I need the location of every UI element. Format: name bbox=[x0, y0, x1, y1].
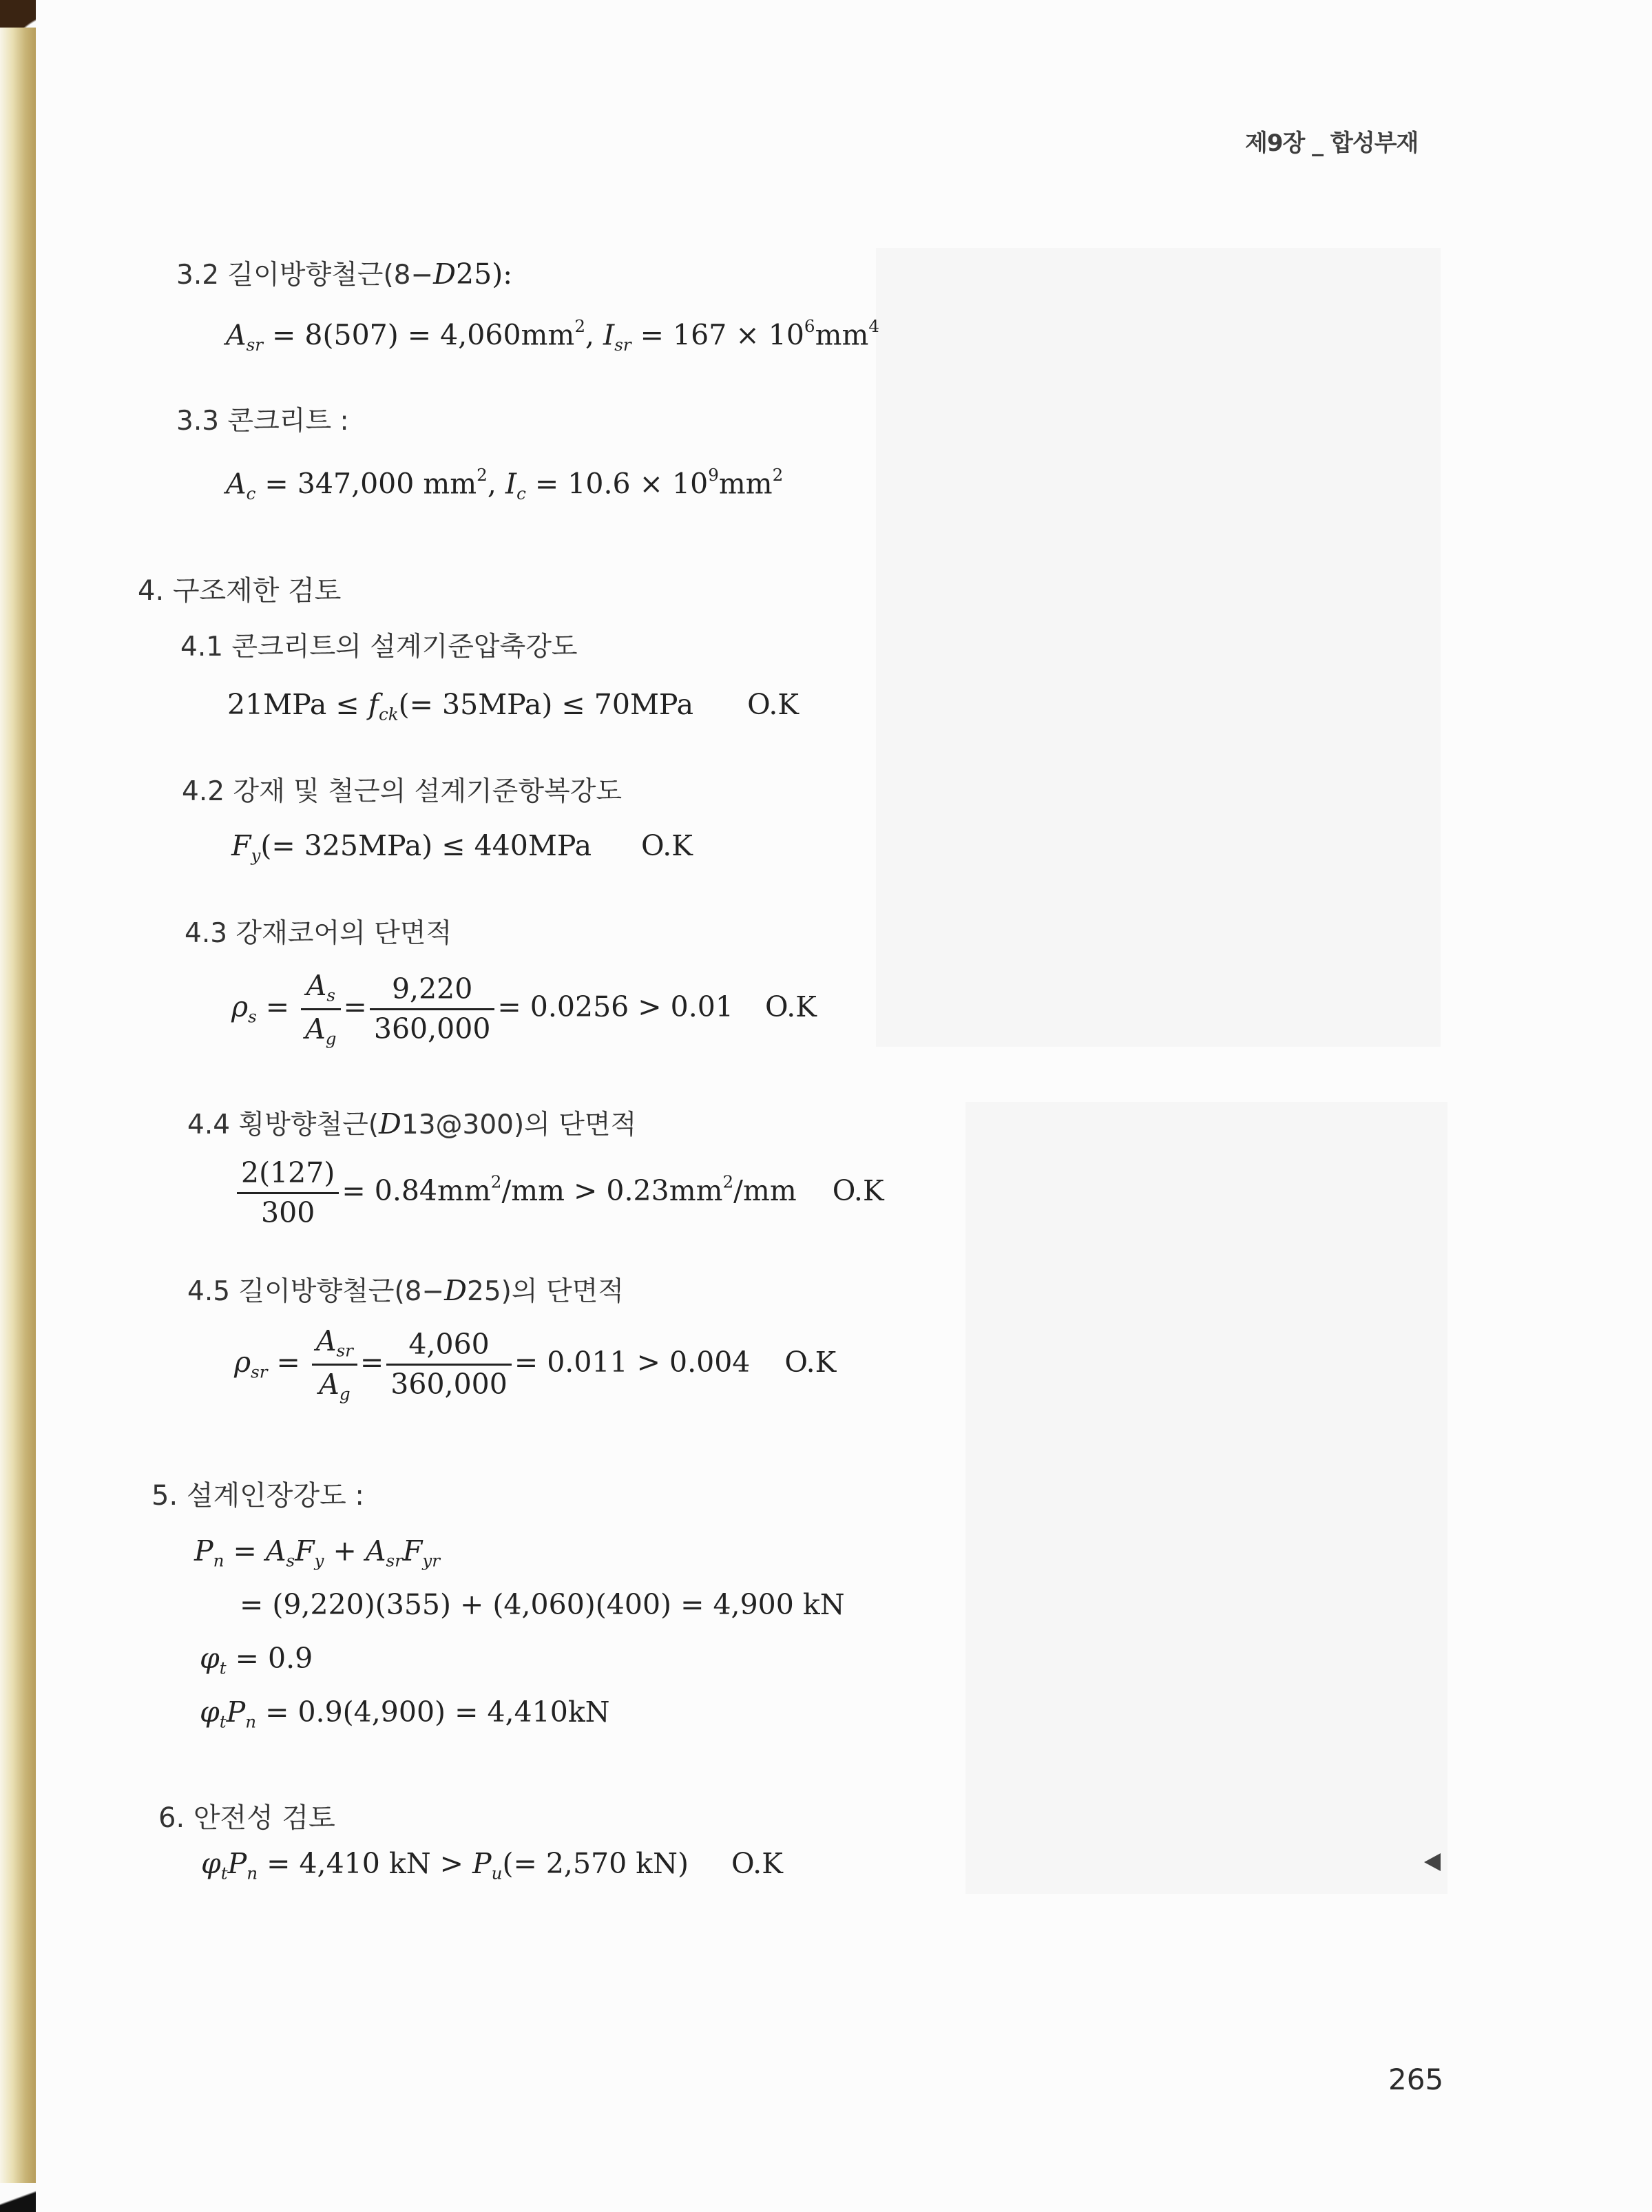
subscript: t bbox=[220, 1712, 227, 1732]
chapter-header: 제9장 _ 합성부재 bbox=[1245, 124, 1418, 158]
section-4-title: 4. 구조제한 검토 bbox=[138, 577, 341, 605]
exponent: 2 bbox=[773, 465, 784, 485]
ok-label: O.K bbox=[765, 993, 817, 1021]
formula-3-2: Asr = 8(507) = 4,060mm2, Isr = 167 × 106… bbox=[226, 318, 879, 354]
var-P: P bbox=[472, 1847, 492, 1880]
fraction: 9,220360,000 bbox=[370, 973, 495, 1045]
var-rho: ρ bbox=[231, 990, 248, 1023]
section-5-title: 5. 설계인장강도 : bbox=[151, 1482, 364, 1510]
var-P: P bbox=[194, 1534, 213, 1567]
subscript: y bbox=[315, 1551, 324, 1571]
title-text: 25): bbox=[456, 258, 512, 291]
denominator: 300 bbox=[237, 1194, 339, 1229]
subscript: t bbox=[221, 1864, 228, 1884]
title-text: 4.5 길이방향철근(8− bbox=[187, 1276, 444, 1307]
subscript: yr bbox=[422, 1551, 440, 1571]
title-var: D bbox=[379, 1107, 401, 1140]
var-A: A bbox=[266, 1534, 286, 1567]
subscript: n bbox=[247, 1864, 258, 1884]
section-4-4-title: 4.4 횡방향철근(D13@300)의 단면적 bbox=[187, 1110, 636, 1138]
unit: mm bbox=[719, 467, 773, 500]
subscript: s bbox=[248, 1007, 257, 1027]
section-4-1-title: 4.1 콘크리트의 설계기준압축강도 bbox=[180, 634, 578, 660]
expr: (= 325MPa) ≤ 440MPa bbox=[260, 829, 592, 862]
formula-5-line2: = (9,220)(355) + (4,060)(400) = 4,900 kN bbox=[240, 1591, 845, 1619]
unit: mm bbox=[815, 318, 869, 351]
exponent: 9 bbox=[708, 465, 719, 485]
section-4-5-title: 4.5 길이방향철근(8−D25)의 단면적 bbox=[187, 1277, 624, 1305]
var-F: F bbox=[295, 1534, 314, 1567]
fraction: AsAg bbox=[301, 970, 340, 1049]
denominator: 360,000 bbox=[370, 1010, 495, 1045]
var-I: I bbox=[505, 467, 516, 500]
expr: = 0.9 bbox=[227, 1642, 313, 1675]
ok-label: O.K bbox=[641, 832, 693, 860]
separator: , bbox=[585, 318, 603, 351]
var-A: A bbox=[226, 318, 247, 351]
formula-6: φtPn = 4,410 kN > Pu(= 2,570 kN)O.K bbox=[201, 1850, 783, 1882]
denominator: A bbox=[319, 1368, 339, 1401]
section-4-2-title: 4.2 강재 및 철근의 설계기준항복강도 bbox=[182, 778, 622, 805]
book-corner-shadow-bottom bbox=[0, 2184, 41, 2212]
formula-3-3: Ac = 347,000 mm2, Ic = 10.6 × 109mm2 bbox=[226, 467, 783, 503]
denominator: 360,000 bbox=[386, 1366, 512, 1401]
subscript: sr bbox=[614, 335, 631, 355]
equals: = bbox=[268, 1346, 309, 1379]
exponent: 2 bbox=[477, 465, 488, 485]
subscript: s bbox=[286, 1551, 295, 1571]
exponent: 2 bbox=[722, 1172, 733, 1192]
expr: = 0.9(4,900) = 4,410kN bbox=[256, 1695, 610, 1729]
var-F: F bbox=[231, 829, 251, 862]
ok-label: O.K bbox=[731, 1850, 783, 1878]
var-F: F bbox=[403, 1534, 422, 1567]
subscript: sr bbox=[247, 335, 263, 355]
expr: (= 35MPa) ≤ 70MPa bbox=[399, 688, 693, 721]
expr: /mm > 0.23mm bbox=[501, 1174, 722, 1207]
ok-label: O.K bbox=[833, 1177, 884, 1205]
denominator: A bbox=[305, 1012, 326, 1045]
subscript: sr bbox=[337, 1341, 353, 1361]
equals: = bbox=[257, 990, 298, 1023]
formula-5-line1: Pn = AsFy + AsrFyr bbox=[194, 1537, 440, 1569]
exponent: 2 bbox=[574, 316, 585, 336]
subscript: sr bbox=[251, 1362, 267, 1382]
expr: = 8(507) = 4,060mm bbox=[263, 318, 574, 351]
section-3-2-title: 3.2 길이방향철근(8−D25): bbox=[176, 260, 512, 289]
subscript: ck bbox=[379, 705, 399, 724]
ok-label: O.K bbox=[784, 1348, 836, 1377]
numerator: A bbox=[316, 1324, 337, 1357]
subscript: sr bbox=[386, 1551, 402, 1571]
expr: = 4,410 kN > bbox=[258, 1847, 472, 1880]
formula-5-line4: φtPn = 0.9(4,900) = 4,410kN bbox=[200, 1698, 610, 1731]
expr: (= 2,570 kN) bbox=[502, 1847, 689, 1880]
page-number: 265 bbox=[1388, 2063, 1443, 2096]
bleed-through-figure bbox=[876, 248, 1441, 1047]
var-A: A bbox=[366, 1534, 386, 1567]
subscript: u bbox=[492, 1864, 503, 1884]
numerator: 4,060 bbox=[386, 1328, 512, 1366]
fraction: 2(127)300 bbox=[237, 1157, 339, 1229]
formula-4-3: ρs = AsAg=9,220360,000= 0.0256 > 0.01O.K bbox=[231, 970, 817, 1049]
numerator: 9,220 bbox=[370, 973, 495, 1010]
book-binding-edge bbox=[0, 28, 36, 2183]
title-text: 13@300)의 단면적 bbox=[401, 1109, 636, 1140]
subscript: g bbox=[326, 1029, 337, 1049]
expr: = 0.0256 > 0.01 bbox=[497, 990, 733, 1023]
numerator: 2(127) bbox=[237, 1157, 339, 1194]
subscript: t bbox=[220, 1658, 227, 1678]
subscript: g bbox=[339, 1384, 351, 1404]
section-4-3-title: 4.3 강재코어의 단면적 bbox=[185, 920, 452, 947]
formula-4-5: ρsr = AsrAg=4,060360,000= 0.011 > 0.004O… bbox=[234, 1325, 836, 1404]
expr: = 167 × 10 bbox=[631, 318, 804, 351]
var-P: P bbox=[228, 1847, 247, 1880]
exponent: 2 bbox=[491, 1172, 502, 1192]
exponent: 4 bbox=[868, 316, 879, 336]
formula-4-2: Fy(= 325MPa) ≤ 440MPaO.K bbox=[231, 832, 693, 864]
end-triangle-icon bbox=[1424, 1853, 1441, 1871]
var-phi: φ bbox=[200, 1695, 220, 1729]
var-f: f bbox=[368, 688, 379, 721]
var-I: I bbox=[603, 318, 614, 351]
subscript: n bbox=[245, 1712, 256, 1732]
bleed-through-text bbox=[965, 1102, 1447, 1894]
title-text: 4.4 횡방향철근( bbox=[187, 1109, 379, 1140]
expr: = 0.84mm bbox=[342, 1174, 490, 1207]
formula-5-line3: φt = 0.9 bbox=[200, 1645, 313, 1677]
expr: = 347,000 mm bbox=[255, 467, 477, 500]
separator: , bbox=[488, 467, 505, 500]
expr: 21MPa ≤ bbox=[227, 688, 368, 721]
numerator: A bbox=[306, 969, 327, 1002]
section-3-3-title: 3.3 콘크리트 : bbox=[176, 408, 349, 435]
var-phi: φ bbox=[201, 1847, 221, 1880]
fraction: 4,060360,000 bbox=[386, 1328, 512, 1401]
var-P: P bbox=[227, 1695, 246, 1729]
expr: /mm bbox=[733, 1174, 797, 1207]
title-var: D bbox=[433, 258, 456, 291]
subscript: y bbox=[251, 846, 260, 866]
section-6-title: 6. 안전성 검토 bbox=[158, 1804, 335, 1832]
expr: = 10.6 × 10 bbox=[526, 467, 708, 500]
var-phi: φ bbox=[200, 1642, 220, 1675]
subscript: c bbox=[516, 483, 526, 503]
subscript: n bbox=[213, 1551, 224, 1571]
formula-4-4: 2(127)300= 0.84mm2/mm > 0.23mm2/mmO.K bbox=[234, 1157, 884, 1229]
title-text: 25)의 단면적 bbox=[467, 1276, 624, 1307]
title-var: D bbox=[444, 1274, 467, 1307]
ok-label: O.K bbox=[747, 691, 799, 719]
plus: + bbox=[324, 1534, 365, 1567]
subscript: c bbox=[247, 483, 256, 503]
formula-4-1: 21MPa ≤ fck(= 35MPa) ≤ 70MPaO.K bbox=[227, 691, 799, 723]
exponent: 6 bbox=[804, 316, 815, 336]
title-text: 3.2 길이방향철근(8− bbox=[176, 260, 433, 291]
fraction: AsrAg bbox=[312, 1325, 357, 1404]
subscript: s bbox=[326, 985, 335, 1005]
var-rho: ρ bbox=[234, 1346, 251, 1379]
expr: = 0.011 > 0.004 bbox=[514, 1346, 751, 1379]
equals: = bbox=[224, 1534, 265, 1567]
var-A: A bbox=[226, 467, 247, 500]
